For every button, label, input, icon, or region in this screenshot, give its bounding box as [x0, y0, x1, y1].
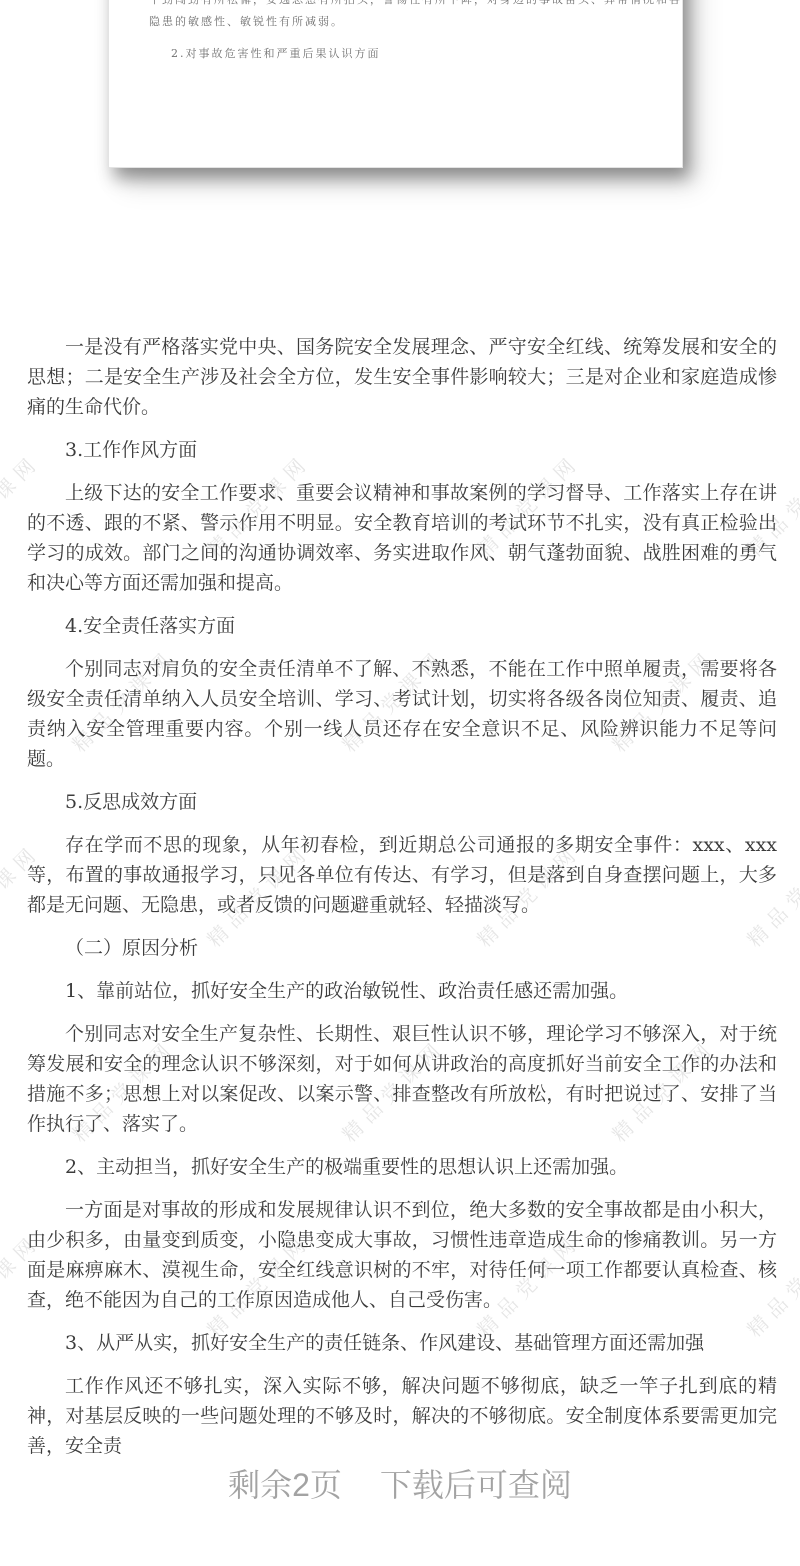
doc-heading: （二）原因分析: [27, 933, 777, 963]
preview-section-heading: 2.对事故危害性和严重后果认识方面: [149, 43, 642, 65]
doc-heading: 1、靠前站位，抓好安全生产的政治敏锐性、政治责任感还需加强。: [27, 976, 777, 1006]
doc-heading: 3、从严从实，抓好安全生产的责任链条、作风建设、基础管理方面还需加强: [27, 1328, 777, 1358]
doc-paragraph: 上级下达的安全工作要求、重要会议精神和事故案例的学习督导、工作落实上存在讲的不透…: [27, 478, 777, 598]
remaining-pages-hint[interactable]: 剩余2页下载后可查阅: [0, 1460, 800, 1506]
download-hint-label: 下载后可查阅: [380, 1467, 572, 1503]
doc-heading: 5.反思成效方面: [27, 787, 777, 817]
preview-text-line: 隐患的敏感性、敏锐性有所减弱。: [149, 11, 642, 33]
doc-heading: 4.安全责任落实方面: [27, 611, 777, 641]
doc-paragraph: 存在学而不思的现象，从年初春检，到近期总公司通报的多期安全事件：xxx、xxx …: [27, 830, 777, 920]
document-preview-card: 干劲闯劲有所松懈，安逸思想有所抬头，警惕性有所下降，对身边的事故苗头、异常情况和…: [108, 0, 683, 168]
doc-paragraph: 个别同志对肩负的安全责任清单不了解、不熟悉，不能在工作中照单履责，需要将各级安全…: [27, 654, 777, 774]
doc-paragraph: 一是没有严格落实党中央、国务院安全发展理念、严守安全红线、统筹发展和安全的思想；…: [27, 332, 777, 422]
document-body: 一是没有严格落实党中央、国务院安全发展理念、严守安全红线、统筹发展和安全的思想；…: [27, 332, 777, 1474]
doc-paragraph: 一方面是对事故的形成和发展规律认识不到位，绝大多数的安全事故都是由小积大，由少积…: [27, 1195, 777, 1315]
preview-clipped-line: 干劲闯劲有所松懈，安逸思想有所抬头，警惕性有所下降，对身边的事故苗头、异常情况和…: [149, 0, 642, 11]
doc-heading: 2、主动担当，抓好安全生产的极端重要性的思想认识上还需加强。: [27, 1152, 777, 1182]
document-preview-page: 干劲闯劲有所松懈，安逸思想有所抬头，警惕性有所下降，对身边的事故苗头、异常情况和…: [0, 0, 800, 1566]
doc-paragraph: 个别同志对安全生产复杂性、长期性、艰巨性认识不够，理论学习不够深入，对于统筹发展…: [27, 1019, 777, 1139]
doc-paragraph: 工作作风还不够扎实，深入实际不够，解决问题不够彻底，缺乏一竿子扎到底的精神，对基…: [27, 1371, 777, 1461]
remaining-pages-label: 剩余2页: [228, 1467, 342, 1503]
doc-heading: 3.工作作风方面: [27, 435, 777, 465]
